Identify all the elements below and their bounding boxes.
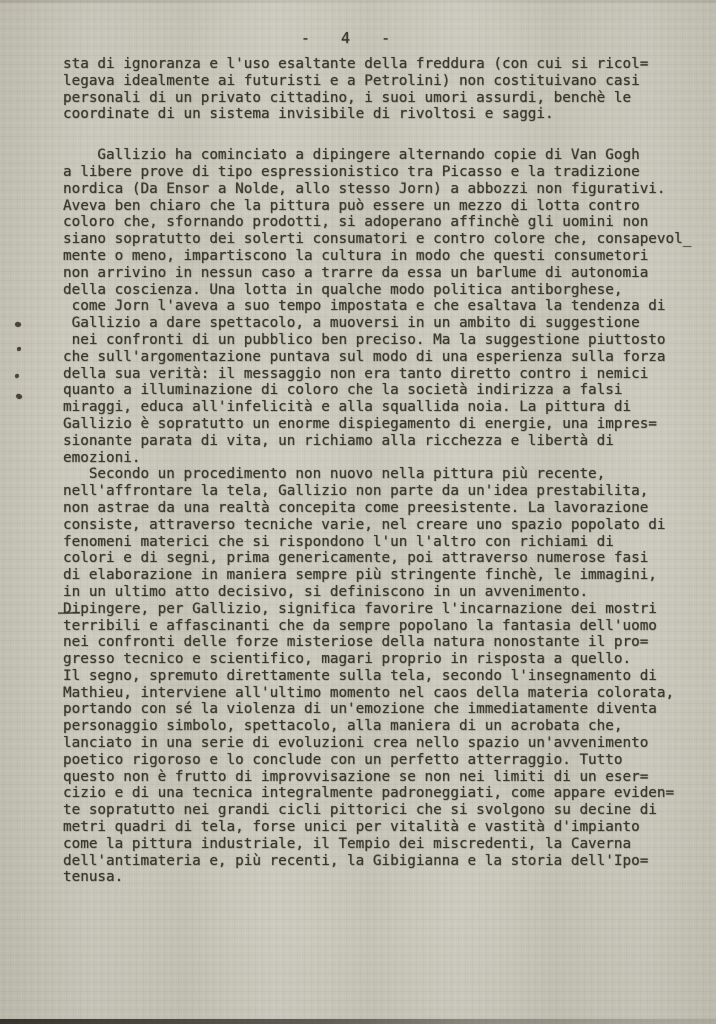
document-body: sta di ignoranza e l'uso esaltante della… (63, 56, 703, 886)
scan-top-edge (0, 0, 716, 3)
scan-bottom-edge (0, 1019, 716, 1024)
ink-speck (15, 393, 23, 401)
ink-speck (17, 347, 21, 351)
paragraph-procedure: Secondo un procedimento non nuovo nella … (63, 466, 703, 886)
page-number: - 4 - (0, 29, 692, 47)
paragraph-gallizio-painting: Gallizio ha cominciato a dipingere alter… (63, 147, 703, 466)
scanned-typewritten-page: - 4 - sta di ignoranza e l'uso esaltante… (0, 0, 716, 1024)
ink-speck (14, 321, 21, 328)
ink-speck (15, 374, 20, 379)
paragraph-continuation: sta di ignoranza e l'uso esaltante della… (63, 56, 703, 123)
